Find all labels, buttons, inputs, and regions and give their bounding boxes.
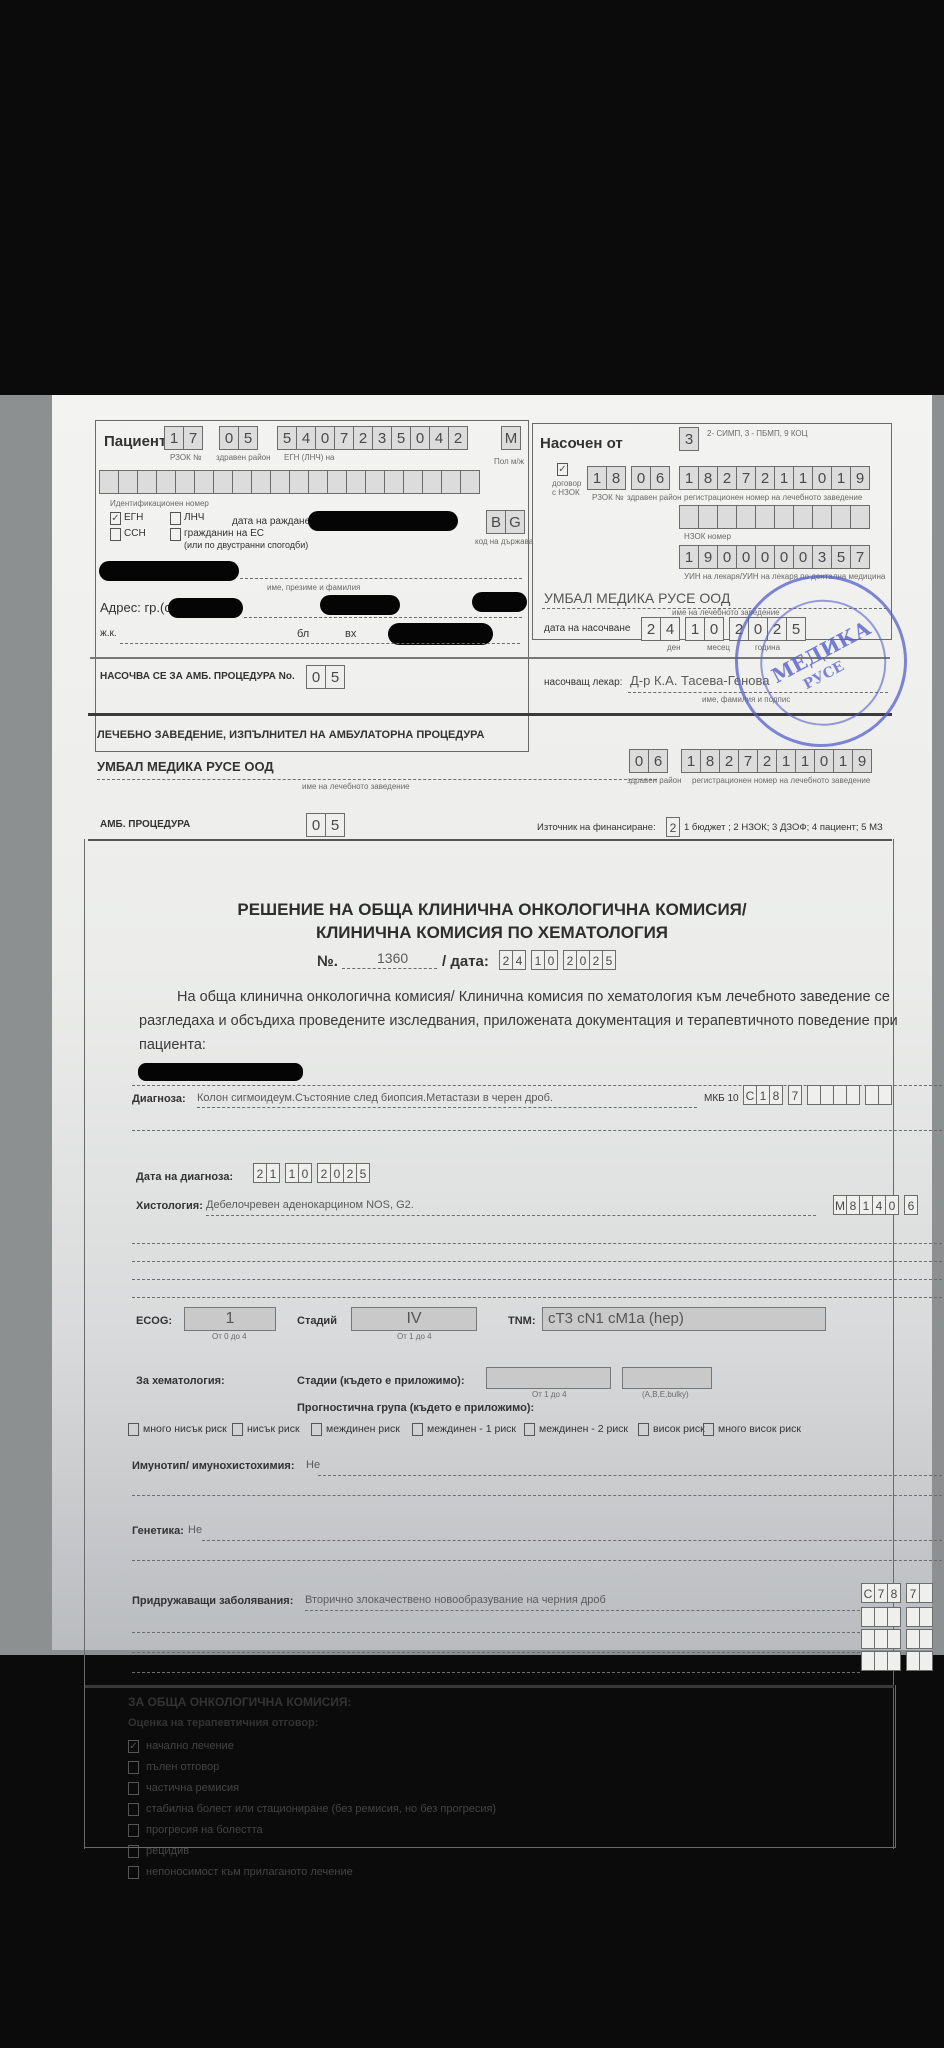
decision-title-line2: КЛИНИЧНА КОМИСИЯ ПО ХЕМАТОЛОГИЯ <box>52 923 932 943</box>
comorbid-line-4 <box>132 1672 860 1673</box>
referred-by-label: Насочен от <box>540 435 623 452</box>
code-cell <box>919 1607 933 1627</box>
code-cell <box>874 1607 888 1627</box>
doctor-label: насочващ лекар: <box>544 677 622 688</box>
digit-cell: 1 <box>776 749 796 773</box>
digit-cell: 1 <box>679 466 699 490</box>
number-label: №. <box>317 953 338 970</box>
digit-cell: 8 <box>606 466 626 490</box>
digit-cell <box>774 505 794 529</box>
digit-cell: 0 <box>219 426 239 450</box>
digit-cell: M <box>833 1195 847 1215</box>
digit-cell: 7 <box>788 1085 802 1105</box>
digit-cell <box>137 470 157 494</box>
digit-cell <box>846 1085 860 1105</box>
code-cell <box>861 1651 875 1671</box>
digit-cell: 8 <box>769 1085 783 1105</box>
redacted-street <box>320 595 400 615</box>
digit-cell <box>270 470 290 494</box>
redacted-patient-name <box>99 561 239 581</box>
digit-cell: 1 <box>685 617 705 641</box>
digit-cell: 0 <box>736 545 756 569</box>
digit-cell: 1 <box>285 1163 299 1183</box>
digit-cell <box>717 505 737 529</box>
procedure-label: НАСОЧВА СЕ ЗА АМБ. ПРОЦЕДУРА No. <box>100 671 295 682</box>
stages-label: Стадии (където е приложимо): <box>297 1375 465 1387</box>
comorbid-line <box>305 1610 860 1611</box>
digit-cell: 5 <box>356 1163 370 1183</box>
ecog-label: ECOG: <box>136 1315 172 1327</box>
tnm-value: cT3 cN1 cM1a (hep) <box>542 1307 826 1331</box>
digit-cell <box>820 1085 834 1105</box>
digit-cell: 0 <box>315 426 335 450</box>
digit-cell <box>365 470 385 494</box>
digit-cell: 1 <box>266 1163 280 1183</box>
code-cell <box>919 1629 933 1649</box>
referral-form-paper: Пациент 17 РЗОК № 05 здравен район 54072… <box>52 395 932 1650</box>
district-line <box>120 643 520 644</box>
digit-cell: 5 <box>391 426 411 450</box>
histology-code: M81406 <box>834 1195 918 1215</box>
digit-cell: 0 <box>717 545 737 569</box>
histology-line-4 <box>132 1279 942 1280</box>
funding-label: Източник на финансиране: <box>537 822 656 833</box>
digit-cell: 2 <box>717 466 737 490</box>
digit-cell: 2 <box>719 749 739 773</box>
diagnosis-label: Диагноза: <box>132 1093 186 1105</box>
response-option-label: непоносимост към прилаганото лечение <box>146 1866 353 1878</box>
digit-cell: 0 <box>410 426 430 450</box>
redacted-apartment <box>388 623 493 645</box>
digit-cell: 5 <box>238 426 258 450</box>
immuno-label: Имунотип/ имунохистохимия: <box>132 1460 295 1472</box>
sex-caption: Пол м/ж <box>494 457 524 466</box>
diagnosis-line <box>197 1107 697 1108</box>
digit-cell <box>878 1085 892 1105</box>
code-cell <box>906 1651 920 1671</box>
procedure-number: 05 <box>307 665 345 689</box>
hematology-label: За хематология: <box>136 1375 225 1387</box>
genetics-label: Генетика: <box>132 1525 184 1537</box>
executor-reg-number: 1827211019 <box>682 749 872 773</box>
digit-cell <box>403 470 423 494</box>
country-code: BG <box>487 510 525 534</box>
doctor-uin: 1900000357 <box>680 545 870 569</box>
digit-cell: 0 <box>755 545 775 569</box>
code-cell <box>861 1629 875 1649</box>
digit-cell: 7 <box>334 426 354 450</box>
nzok-number-cells <box>680 505 870 529</box>
digit-cell <box>422 470 442 494</box>
digit-cell: 8 <box>698 466 718 490</box>
digit-cell: 4 <box>660 617 680 641</box>
digit-cell: 8 <box>887 1583 901 1603</box>
risk-checkbox[interactable] <box>412 1423 423 1436</box>
digit-cell: 9 <box>850 466 870 490</box>
nzok-contract-label: договор с НЗОК <box>552 479 580 497</box>
digit-cell: 0 <box>298 1163 312 1183</box>
response-checkbox[interactable] <box>128 1866 139 1879</box>
digit-cell: 2 <box>499 950 513 970</box>
id-number-caption: Идентификационен номер <box>110 499 209 508</box>
eu-citizen-label: гражданин на ЕС <box>184 528 264 539</box>
digit-cell: 1 <box>793 466 813 490</box>
digit-cell: 0 <box>814 749 834 773</box>
patient-rzok: 17 <box>165 426 203 450</box>
nzok-number-caption: НЗОК номер <box>684 532 731 541</box>
comorbid-code: C787 <box>862 1583 933 1603</box>
digit-cell <box>156 470 176 494</box>
digit-cell <box>698 505 718 529</box>
digit-cell: 0 <box>629 749 649 773</box>
egn-caption: ЕГН (ЛНЧ) на <box>284 453 334 462</box>
digit-cell: G <box>505 510 525 534</box>
funding-source-value: 2 <box>666 817 680 837</box>
digit-cell: 5 <box>277 426 297 450</box>
digit-cell: 6 <box>650 466 670 490</box>
address-line <box>244 617 522 618</box>
digit-cell: 4 <box>872 1195 886 1215</box>
digit-cell <box>833 1085 847 1105</box>
patient-sex: М <box>502 426 521 450</box>
referrer-health-region: 06 <box>632 466 670 490</box>
digit-cell: 1 <box>681 749 701 773</box>
vh-label: вх <box>345 628 356 640</box>
executor-reg-caption: регистрационен номер на лечебното заведе… <box>692 776 870 785</box>
digit-cell <box>679 505 699 529</box>
digit-cell <box>346 470 366 494</box>
intro-text: На обща клинична онкологична комисия/ Кл… <box>139 985 944 1057</box>
patient-label: Пациент <box>104 433 166 450</box>
digit-cell <box>736 505 756 529</box>
ecog-range: От 0 до 4 <box>212 1332 247 1341</box>
histology-line-5 <box>132 1297 942 1298</box>
digit-cell: 5 <box>602 950 616 970</box>
ssn-checkbox-label: ССН <box>124 528 146 539</box>
digit-cell: 7 <box>906 1583 920 1603</box>
egn-checkbox[interactable]: ✓ <box>110 512 121 525</box>
digit-cell: 0 <box>544 950 558 970</box>
digit-cell: 0 <box>885 1195 899 1215</box>
digit-cell: 2 <box>343 1163 357 1183</box>
egn-checkbox-label: ЕГН <box>124 512 143 523</box>
digit-cell: 7 <box>736 466 756 490</box>
stage-range: От 1 до 4 <box>397 1332 432 1341</box>
digit-cell: C <box>743 1085 757 1105</box>
funding-source: 2 <box>667 817 680 837</box>
risk-checkbox[interactable] <box>232 1423 243 1436</box>
digit-cell <box>99 470 119 494</box>
code-cell <box>887 1651 901 1671</box>
stages-sub-caption: (A,B,E,bulky) <box>642 1390 689 1399</box>
referrer-type-legend: 2- СИМП, 3 - ПБМП, 9 КОЦ <box>707 429 808 438</box>
referrer-rzok: 18 <box>588 466 626 490</box>
comorbid-label: Придружаващи заболявания: <box>132 1595 293 1607</box>
nzok-contract-checkbox[interactable]: ✓ <box>557 463 568 476</box>
digit-cell: 0 <box>774 545 794 569</box>
address-label: Адрес: гр.(с) <box>100 600 175 615</box>
redacted-number <box>472 592 527 612</box>
comorbid-line-2 <box>132 1632 860 1633</box>
risk-checkbox[interactable] <box>638 1423 649 1436</box>
uin-caption: УИН на лекаря/УИН на лекаря по дентална … <box>684 572 885 581</box>
digit-cell: 6 <box>904 1195 918 1215</box>
code-cell <box>906 1629 920 1649</box>
digit-cell: 2 <box>317 1163 331 1183</box>
code-cell <box>887 1629 901 1649</box>
digit-cell: 3 <box>372 426 392 450</box>
digit-cell: 4 <box>512 950 526 970</box>
month-caption: месец <box>707 643 730 652</box>
digit-cell <box>308 470 328 494</box>
risk-checkbox-label: висок риск <box>653 1423 705 1435</box>
digit-cell: C <box>861 1583 875 1603</box>
histology-line-2 <box>132 1243 942 1244</box>
digit-cell <box>327 470 347 494</box>
digit-cell: 0 <box>306 665 326 689</box>
executor-name: УМБАЛ МЕДИКА РУСЕ ООД <box>97 759 274 774</box>
risk-checkbox-label: междинен - 2 риск <box>539 1423 628 1435</box>
prognostic-label: Прогностична група (където е приложимо): <box>297 1402 534 1414</box>
digit-cell: 1 <box>164 426 184 450</box>
stage-label: Стадий <box>297 1315 337 1327</box>
histology-label: Хистология: <box>136 1200 203 1212</box>
digit-cell <box>213 470 233 494</box>
digit-cell <box>232 470 252 494</box>
number-line <box>342 968 437 969</box>
mkb-code: C187 <box>744 1085 892 1105</box>
digit-cell <box>194 470 214 494</box>
immuno-line <box>318 1475 942 1476</box>
digit-cell <box>251 470 271 494</box>
redacted-birth-date <box>308 511 458 531</box>
referrer-reg-number: 1827211019 <box>680 466 870 490</box>
digit-cell: 0 <box>812 466 832 490</box>
digit-cell: 2 <box>755 466 775 490</box>
referral-date-label: дата на насочване <box>544 623 630 634</box>
genetics-line-2 <box>132 1560 942 1561</box>
digit-cell: 2 <box>757 749 777 773</box>
genetics-value: Не <box>188 1524 202 1536</box>
digit-cell: 7 <box>874 1583 888 1603</box>
digit-cell <box>441 470 461 494</box>
id-number-cells <box>100 470 480 494</box>
date-label: / дата: <box>442 953 489 970</box>
risk-group-row: много нисък рискнисък рискмеждинен рискм… <box>128 1423 944 1439</box>
digit-cell <box>919 1583 933 1603</box>
digit-cell: 2 <box>353 426 373 450</box>
executor-name-line <box>97 779 657 780</box>
digit-cell: 4 <box>429 426 449 450</box>
code-cell <box>874 1651 888 1671</box>
digit-cell: 5 <box>831 545 851 569</box>
risk-checkbox-label: много висок риск <box>718 1423 801 1435</box>
referrer-rzok-caption: РЗОК № <box>592 493 624 502</box>
digit-cell: 0 <box>576 950 590 970</box>
digit-cell: 2 <box>563 950 577 970</box>
digit-cell <box>793 505 813 529</box>
eu-note: (или по двустранни спогодби) <box>184 540 308 550</box>
digit-cell: М <box>501 426 521 450</box>
amb-procedure-label: АМБ. ПРОЦЕДУРА <box>100 819 190 830</box>
digit-cell: 2 <box>253 1163 267 1183</box>
risk-checkbox-label: междинен - 1 риск <box>427 1423 516 1435</box>
rzok-caption: РЗОК № <box>170 453 202 462</box>
referrer-region-caption: здравен район <box>627 493 682 502</box>
digit-cell: 6 <box>648 749 668 773</box>
digit-cell <box>384 470 404 494</box>
referrer-type-cell: 3 <box>680 427 699 451</box>
digit-cell: 3 <box>812 545 832 569</box>
digit-cell: 5 <box>325 813 345 837</box>
digit-cell <box>850 505 870 529</box>
stages-sub-input[interactable] <box>622 1367 712 1389</box>
risk-checkbox-label: междинен риск <box>326 1423 400 1435</box>
digit-cell: 1 <box>859 1195 873 1215</box>
digit-cell: 7 <box>183 426 203 450</box>
code-cell <box>887 1607 901 1627</box>
risk-checkbox[interactable] <box>311 1423 322 1436</box>
eu-citizen-checkbox[interactable] <box>170 528 181 541</box>
digit-cell: 3 <box>679 427 699 451</box>
stage-value: IV <box>351 1307 477 1331</box>
executor-heading: ЛЕЧЕБНО ЗАВЕДЕНИЕ, ИЗПЪЛНИТЕЛ НА АМБУЛАТ… <box>97 729 485 741</box>
diagnosis-text: Колон сигмоидеум.Състояние след биопсия.… <box>197 1092 553 1104</box>
risk-checkbox[interactable] <box>524 1423 535 1436</box>
risk-checkbox-label: нисък риск <box>247 1423 300 1435</box>
name-caption: име, презиме и фамилия <box>267 583 360 592</box>
digit-cell: 2 <box>448 426 468 450</box>
birth-date-label: дата на раждане <box>232 516 310 527</box>
histology-line <box>206 1215 816 1216</box>
redacted-patient-name-2 <box>138 1063 303 1081</box>
digit-cell: 1 <box>833 749 853 773</box>
executor-region-caption: здравен район <box>627 776 682 785</box>
stages-range: От 1 до 4 <box>532 1390 567 1399</box>
comorbid-line-3 <box>132 1652 860 1653</box>
digit-cell: 0 <box>306 813 326 837</box>
digit-cell: 1 <box>774 466 794 490</box>
digit-cell: 0 <box>631 466 651 490</box>
genetics-line <box>202 1540 942 1541</box>
code-cell <box>906 1607 920 1627</box>
diagnosis-date-label: Дата на диагноза: <box>136 1171 233 1183</box>
name-line <box>240 578 522 579</box>
decision-number: 1360 <box>377 950 408 966</box>
funding-legend: 1 бюджет ; 2 НЗОК; 3 ДЗОФ; 4 пациент; 5 … <box>684 822 883 833</box>
executor-health-region: 06 <box>630 749 668 773</box>
code-cell <box>874 1629 888 1649</box>
risk-checkbox[interactable] <box>128 1423 139 1436</box>
diagnosis-date: 21102025 <box>254 1163 370 1183</box>
digit-cell <box>831 505 851 529</box>
executor-name-caption: име на лечебното заведение <box>302 782 410 791</box>
ssn-checkbox[interactable] <box>110 528 121 541</box>
comorbid-value: Вторично злокачествено новообразувание н… <box>305 1594 606 1606</box>
digit-cell: 2 <box>589 950 603 970</box>
diagnosis-line-2 <box>132 1130 942 1131</box>
digit-cell: 5 <box>325 665 345 689</box>
referrer-reg-caption: регистрационен номер на лечебното заведе… <box>684 493 862 502</box>
stages-input[interactable] <box>486 1367 611 1389</box>
digit-cell: 1 <box>756 1085 770 1105</box>
bl-label: бл <box>297 628 309 640</box>
commission-frame <box>84 1685 896 1848</box>
code-cell <box>861 1607 875 1627</box>
country-code-caption: код на държава <box>475 537 533 546</box>
day-caption: ден <box>667 643 681 652</box>
lnch-checkbox[interactable] <box>170 512 181 525</box>
digit-cell: 7 <box>738 749 758 773</box>
code-cell <box>919 1651 933 1671</box>
redacted-city <box>168 598 243 618</box>
histology-line-3 <box>132 1261 942 1262</box>
decision-date: 24102025 <box>500 950 616 970</box>
digit-cell <box>118 470 138 494</box>
digit-cell: 1 <box>679 545 699 569</box>
digit-cell: 1 <box>531 950 545 970</box>
digit-cell: 1 <box>587 466 607 490</box>
histology-text: Дебелочревен аденокарцином NOS, G2. <box>206 1199 414 1211</box>
immuno-value: Не <box>306 1459 320 1471</box>
digit-cell: 1 <box>831 466 851 490</box>
amb-procedure-number: 05 <box>307 813 345 837</box>
digit-cell: 4 <box>296 426 316 450</box>
digit-cell <box>460 470 480 494</box>
digit-cell <box>755 505 775 529</box>
referrer-facility-name: УМБАЛ МЕДИКА РУСЕ ООД <box>544 590 730 606</box>
ecog-value: 1 <box>184 1307 276 1331</box>
tnm-label: TNM: <box>508 1315 536 1327</box>
digit-cell: 9 <box>698 545 718 569</box>
digit-cell: 9 <box>852 749 872 773</box>
digit-cell: B <box>486 510 506 534</box>
digit-cell <box>807 1085 821 1105</box>
digit-cell <box>812 505 832 529</box>
lnch-checkbox-label: ЛНЧ <box>184 512 204 523</box>
digit-cell <box>175 470 195 494</box>
digit-cell <box>289 470 309 494</box>
decision-title-line1: РЕШЕНИЕ НА ОБЩА КЛИНИЧНА ОНКОЛОГИЧНА КОМ… <box>52 900 932 920</box>
digit-cell: 7 <box>850 545 870 569</box>
patient-health-region: 05 <box>220 426 258 450</box>
comorbid-code-grid <box>862 1607 933 1667</box>
zh-k-label: ж.к. <box>100 628 117 639</box>
patient-egn: 5407235042 <box>278 426 468 450</box>
risk-checkbox[interactable] <box>703 1423 714 1436</box>
digit-cell: 8 <box>846 1195 860 1215</box>
mkb-label: МКБ 10 <box>704 1093 739 1104</box>
digit-cell: 8 <box>700 749 720 773</box>
digit-cell: 0 <box>704 617 724 641</box>
health-region-caption: здравен район <box>216 453 271 462</box>
digit-cell: 0 <box>793 545 813 569</box>
digit-cell <box>865 1085 879 1105</box>
digit-cell: 0 <box>330 1163 344 1183</box>
digit-cell: 2 <box>641 617 661 641</box>
digit-cell: 1 <box>795 749 815 773</box>
risk-checkbox-label: много нисък риск <box>143 1423 227 1435</box>
immuno-line-2 <box>132 1495 942 1496</box>
